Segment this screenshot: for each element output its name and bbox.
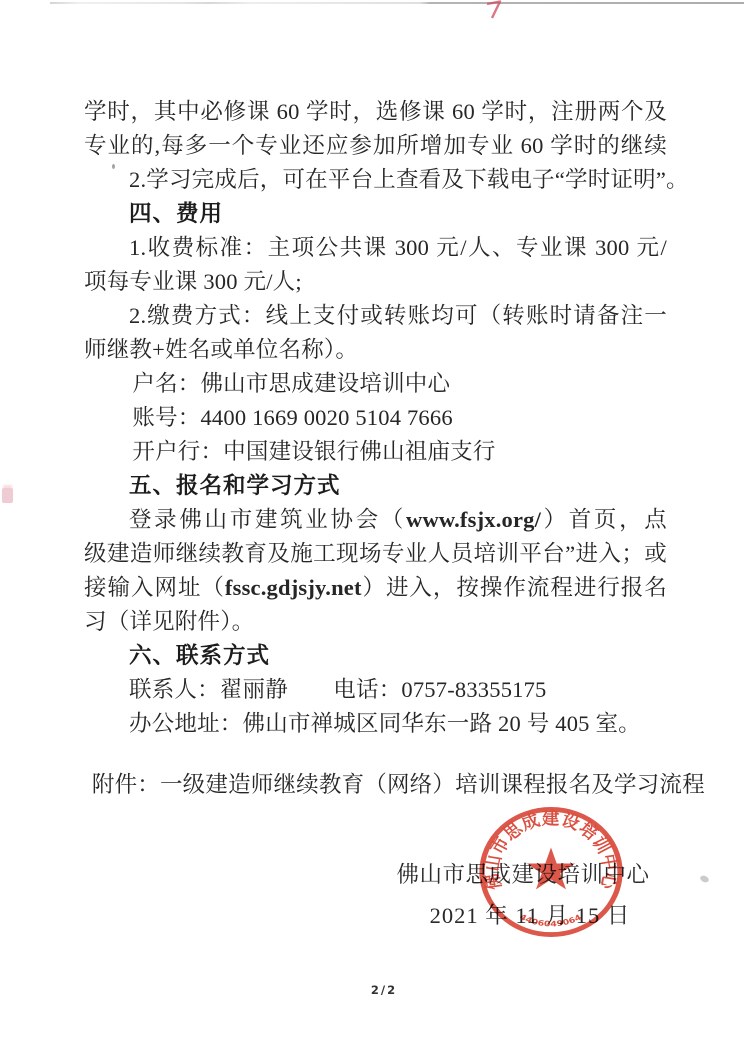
doc-line: 专业的,每多一个专业还应参加所增加专业 60 学时的继续教育； (84, 129, 667, 163)
red-pen-mark-icon (486, 0, 504, 20)
bank-line: 开户行：中国建设银行佛山祖庙支行 (84, 435, 667, 469)
document-body: 学时，其中必修课 60 学时，选修课 60 学时，注册两个及以上 专业的,每多一… (84, 95, 667, 802)
doc-text: 接输入网址（ (84, 575, 225, 600)
star-icon (527, 848, 575, 890)
section-heading-contact: 六、联系方式 (84, 639, 667, 673)
doc-text: 登录佛山市建筑业协会（ (129, 507, 406, 532)
account-number-line: 账号：4400 1669 0020 5104 7666 (84, 401, 667, 435)
doc-line: 项每专业课 300 元/人; (84, 265, 667, 299)
doc-line: 2.学习完成后，可在平台上查看及下载电子“学时证明”。 (84, 163, 667, 197)
attachment-line: 附件：一级建造师继续教育（网络）培训课程报名及学习流程 (84, 768, 667, 802)
contact-person-line: 联系人：翟丽静 电话：0757-83355175 (84, 673, 667, 707)
doc-line: 2.缴费方式：线上支付或转账均可（转账时请备注一级建造 (84, 299, 667, 333)
doc-line: 师继教+姓名或单位名称）。 (84, 333, 667, 367)
office-address-line: 办公地址：佛山市禅城区同华东一路 20 号 405 室。 (84, 707, 667, 741)
account-name-line: 户名：佛山市思成建设培训中心 (84, 367, 667, 401)
svg-text:4406049064: 4406049064 (518, 912, 583, 928)
scan-smudge-left (2, 488, 13, 503)
section-heading-fees: 四、费用 (84, 197, 667, 231)
scan-edge-line (50, 2, 744, 4)
doc-line: 习（详见附件）。 (84, 605, 667, 639)
section-heading-registration: 五、报名和学习方式 (84, 469, 667, 503)
page-number: 2/2 (0, 983, 744, 997)
doc-line: 学时，其中必修课 60 学时，选修课 60 学时，注册两个及以上 (84, 95, 667, 129)
website-url: fssc.gdjsjy.net (225, 575, 362, 600)
doc-line: 级建造师继续教育及施工现场专业人员培训平台”进入；或直 (84, 537, 667, 571)
doc-line: 1.收费标准：主项公共课 300 元/人、专业课 300 元/人，增 (84, 231, 667, 265)
doc-line: 登录佛山市建筑业协会（www.fsjx.org/）首页，点击“一 (84, 503, 667, 537)
doc-line: 接输入网址（fssc.gdjsjy.net）进入，按操作流程进行报名及学 (84, 571, 667, 605)
website-url: www.fsjx.org/ (406, 507, 541, 532)
scan-speck-right (699, 874, 710, 883)
seal-code: 4406049064 (518, 912, 583, 928)
official-seal: 佛山市思成建设培训中心 4406049064 (476, 804, 626, 940)
